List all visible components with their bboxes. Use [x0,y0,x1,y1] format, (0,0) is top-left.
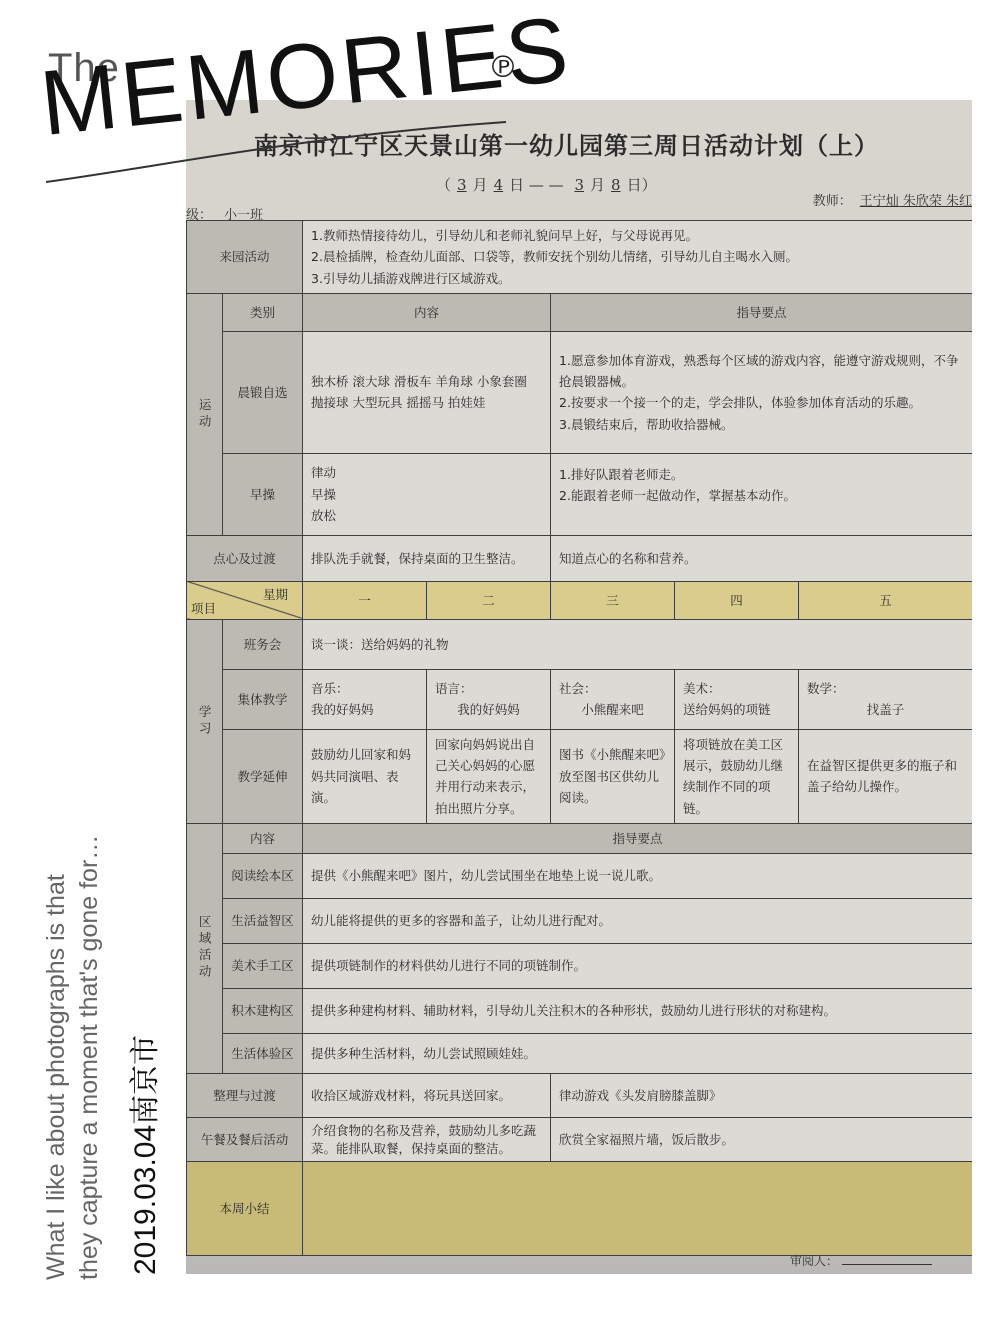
morning-guidance: 1.愿意参加体育游戏，熟悉每个区域的游戏内容，能遵守游戏规则，不争抢晨锻器械。 … [551,331,972,453]
guidance-item: 1.排好队跟着老师走。 [559,464,964,485]
day-thu: 四 [675,581,799,619]
teacher-label: 教师： [813,194,852,209]
table-row-morning-exercise: 晨锻自选 独木桥 滚大球 滑板车 羊角球 小象套圈 抛接球 大型玩具 摇摇马 拍… [187,331,973,453]
table-row-extension: 教学延伸 鼓励幼儿回家和妈妈共同演唱、表演。 回家向妈妈说出自己关心妈妈的心愿并… [187,729,973,823]
morning-label: 晨锻自选 [223,331,303,453]
extension-thu: 将项链放在美工区展示，鼓励幼儿继续制作不同的项链。 [675,729,799,823]
activity-plan-table: 来园活动 1.教师热情接待幼儿，引导幼儿和老师礼貌问早上好，与父母说再见。 2.… [186,220,972,1256]
guidance-item: 1.愿意参加体育游戏，熟悉每个区域的游戏内容，能遵守游戏规则，不争抢晨锻器械。 [559,350,964,393]
table-row-area: 生活体验区 提供多种生活材料，幼儿尝试照顾娃娃。 [187,1034,973,1074]
arrival-item: 3.引导幼儿插游戏牌进行区域游戏。 [311,268,964,289]
group-teaching-label: 集体教学 [223,669,303,729]
table-row-summary: 本周小结 [187,1162,973,1256]
day-wed: 三 [551,581,675,619]
class-meeting-content: 谈一谈：送给妈妈的礼物 [303,619,972,669]
table-row-area: 美术手工区 提供项链制作的材料供幼儿进行不同的项链制作。 [187,944,973,989]
arrival-label: 来园活动 [187,221,303,294]
teacher-field: 教师：王宁灿 朱欣荣 朱红 [813,190,972,209]
table-row-class-meeting: 学习 班务会 谈一谈：送给妈妈的礼物 [187,619,973,669]
lunch-label: 午餐及餐后活动 [187,1118,303,1162]
snack-label: 点心及过渡 [187,535,303,581]
group-teaching-wed: 社会：小熊醒来吧 [551,669,675,729]
table-row-morning-drill: 早操 律动 早操 放松 1.排好队跟着老师走。 2.能跟着老师一起做动作，掌握基… [187,453,973,535]
teacher-value: 王宁灿 朱欣荣 朱红 [852,194,972,209]
tidy-guidance: 律动游戏《头发肩膀膝盖脚》 [551,1074,972,1118]
date-close: 日） [627,176,657,194]
area-text: 提供多种建构材料、辅助材料，引导幼儿关注积木的各种形状，鼓励幼儿进行形状的对称建… [303,989,972,1034]
caption-date-location: 2019.03.04南京市 [120,1035,164,1275]
caption-quote-line1: What I like about photographs is that [40,720,73,1280]
registered-mark-icon: ℗ [488,50,518,85]
table-row-sports-header: 运动 类别 内容 指导要点 [187,293,973,331]
swoosh-line-icon [44,96,514,186]
area-text: 提供《小熊醒来吧》图片，幼儿尝试围坐在地垫上说一说儿歌。 [303,854,972,899]
table-row-area: 生活益智区 幼儿能将提供的更多的容器和盖子，让幼儿进行配对。 [187,899,973,944]
section-study: 学习 [187,619,223,823]
guidance-item: 2.按要求一个接一个的走，学会排队，体验参加体育活动的乐趣。 [559,392,964,413]
table-row-tidy: 整理与过渡 收拾区域游戏材料，将玩具送回家。 律动游戏《头发肩膀膝盖脚》 [187,1074,973,1118]
subject: 语言： [435,678,542,699]
area-label: 美术手工区 [223,944,303,989]
morning-content-line: 抛接球 大型玩具 摇摇马 拍娃娃 [311,392,542,413]
drill-content: 律动 早操 放松 [303,453,551,535]
area-label: 积木建构区 [223,989,303,1034]
morning-content-line: 独木桥 滚大球 滑板车 羊角球 小象套圈 [311,371,542,392]
table-row-areas-header: 区域活动 内容 指导要点 [187,823,973,853]
day-fri: 五 [799,581,972,619]
table-row-snack: 点心及过渡 排队洗手就餐，保持桌面的卫生整洁。 知道点心的名称和营养。 [187,535,973,581]
corner-item-label: 项目 [191,598,216,619]
extension-fri: 在益智区提供更多的瓶子和盖子给幼儿操作。 [799,729,972,823]
area-text: 幼儿能将提供的更多的容器和盖子，让幼儿进行配对。 [303,899,972,944]
drill-guidance: 1.排好队跟着老师走。 2.能跟着老师一起做动作，掌握基本动作。 [551,453,972,535]
caption-quote-line2: they capture a moment that's gone for… [73,720,106,1280]
caption-quote: What I like about photographs is that th… [40,720,106,1280]
summary-label: 本周小结 [187,1162,303,1256]
header-guidance: 指导要点 [551,293,972,331]
guidance-item: 3.晨锻结束后，帮助收拾器械。 [559,414,964,435]
guidance-item: 2.能跟着老师一起做动作，掌握基本动作。 [559,485,964,506]
corner-weekday-label: 星期 [263,584,288,605]
area-text: 提供多种生活材料，幼儿尝试照顾娃娃。 [303,1034,972,1074]
drill-item: 律动 [311,462,542,483]
table-row-area: 阅读绘本区 提供《小熊醒来吧》图片，幼儿尝试围坐在地垫上说一说儿歌。 [187,854,973,899]
morning-content: 独木桥 滚大球 滑板车 羊角球 小象套圈 抛接球 大型玩具 摇摇马 拍娃娃 [303,331,551,453]
reviewer-signature-line [842,1264,932,1265]
table-row-week-header: 星期 项目 一 二 三 四 五 [187,581,973,619]
day-mon: 一 [303,581,427,619]
header-content: 内容 [303,293,551,331]
snack-content: 排队洗手就餐，保持桌面的卫生整洁。 [303,535,551,581]
areas-header-content: 内容 [223,823,303,853]
topic: 我的好妈妈 [311,699,418,720]
drill-item: 早操 [311,484,542,505]
tidy-content: 收拾区域游戏材料，将玩具送回家。 [303,1074,551,1118]
extension-mon: 鼓励幼儿回家和妈妈共同演唱、表演。 [303,729,427,823]
header-category: 类别 [223,293,303,331]
drill-label: 早操 [223,453,303,535]
topic: 找盖子 [807,699,964,720]
group-teaching-tue: 语言：我的好妈妈 [427,669,551,729]
area-label: 阅读绘本区 [223,854,303,899]
reviewer-field: 审阅人： [790,1252,932,1269]
snack-guidance: 知道点心的名称和营养。 [551,535,972,581]
table-row-group-teaching: 集体教学 音乐：我的好妈妈 语言：我的好妈妈 社会：小熊醒来吧 美术：送给妈妈的… [187,669,973,729]
tidy-label: 整理与过渡 [187,1074,303,1118]
reviewer-label: 审阅人： [790,1254,838,1268]
group-teaching-fri: 数学：找盖子 [799,669,972,729]
topic: 送给妈妈的项链 [683,699,790,720]
subject: 社会： [559,678,666,699]
date-sep: 日 — — [509,176,564,194]
extension-wed: 图书《小熊醒来吧》放至图书区供幼儿阅读。 [551,729,675,823]
table-row-arrival: 来园活动 1.教师热情接待幼儿，引导幼儿和老师礼貌问早上好，与父母说再见。 2.… [187,221,973,294]
section-sports: 运动 [187,293,223,535]
areas-header-guidance: 指导要点 [303,823,972,853]
summary-content [303,1162,972,1256]
extension-label: 教学延伸 [223,729,303,823]
document-photo: 南京市江宁区天景山第一幼儿园第三周日活动计划（上） （3月4日 — — 3月8日… [186,100,972,1274]
topic: 我的好妈妈 [435,699,542,720]
subject: 美术： [683,678,790,699]
group-teaching-mon: 音乐：我的好妈妈 [303,669,427,729]
month-unit: 月 [590,176,605,194]
day-tue: 二 [427,581,551,619]
section-areas: 区域活动 [187,823,223,1073]
table-row-lunch: 午餐及餐后活动 介绍食物的名称及营养，鼓励幼儿多吃蔬菜。能排队取餐，保持桌面的整… [187,1118,973,1162]
area-label: 生活体验区 [223,1034,303,1074]
topic: 小熊醒来吧 [559,699,666,720]
area-text: 提供项链制作的材料供幼儿进行不同的项链制作。 [303,944,972,989]
table-row-area: 积木建构区 提供多种建构材料、辅助材料，引导幼儿关注积木的各种形状，鼓励幼儿进行… [187,989,973,1034]
area-label: 生活益智区 [223,899,303,944]
drill-item: 放松 [311,505,542,526]
arrival-content: 1.教师热情接待幼儿，引导幼儿和老师礼貌问早上好，与父母说再见。 2.晨检插牌，… [303,221,972,294]
end-day: 8 [605,176,627,194]
arrival-item: 1.教师热情接待幼儿，引导幼儿和老师礼貌问早上好，与父母说再见。 [311,225,964,246]
class-meeting-label: 班务会 [223,619,303,669]
lunch-content: 介绍食物的名称及营养，鼓励幼儿多吃蔬菜。能排队取餐，保持桌面的整洁。 [303,1118,551,1162]
lunch-guidance: 欣赏全家福照片墙，饭后散步。 [551,1118,972,1162]
arrival-item: 2.晨检插牌，检查幼儿面部、口袋等，教师安抚个别幼儿情绪，引导幼儿自主喝水入厕。 [311,246,964,267]
extension-tue: 回家向妈妈说出自己关心妈妈的心愿并用行动来表示，拍出照片分享。 [427,729,551,823]
week-corner-cell: 星期 项目 [187,581,303,619]
group-teaching-thu: 美术：送给妈妈的项链 [675,669,799,729]
subject: 音乐： [311,678,418,699]
end-month: 3 [568,176,590,194]
subject: 数学： [807,678,964,699]
